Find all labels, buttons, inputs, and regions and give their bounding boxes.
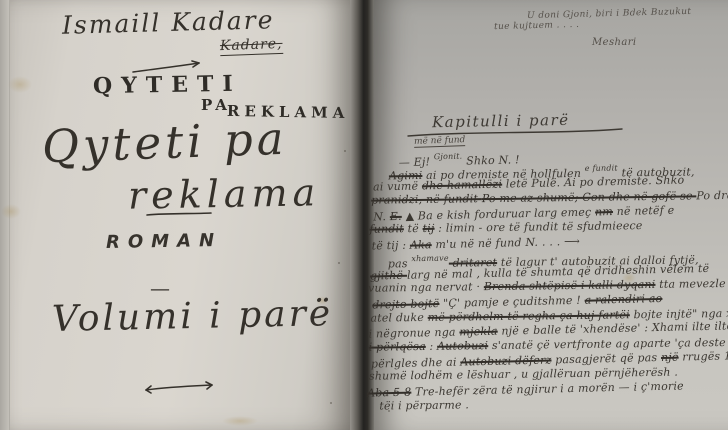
manuscript-text: :	[426, 340, 437, 353]
volume-label: Volumi i parë	[52, 293, 334, 340]
hand-arrow-head-icon	[192, 61, 199, 67]
chapter-heading: Kapitulli i parë	[432, 111, 570, 131]
manuscript-text: ai vumë	[373, 180, 422, 194]
manuscript-text: i nëgronue nga	[368, 326, 459, 341]
genre-label: ROMAN	[106, 230, 222, 253]
struck-text: Autobuzi	[437, 339, 488, 353]
author-signature: Ismaill Kadare	[62, 5, 275, 40]
struck-text: Aba 5-8	[367, 386, 411, 400]
manuscript-text: Gjonit.	[434, 152, 463, 162]
manuscript-text: vuanin nga nervat ·	[368, 280, 484, 295]
manuscript-text: e fundit	[585, 163, 618, 172]
struck-text: nm	[595, 205, 613, 218]
struck-text: një	[661, 350, 679, 363]
manuscript-text: : limin - ore të fundit të sfudmieece	[434, 220, 642, 236]
manuscript-text: "Ç' pamje e çuditshme !	[439, 294, 585, 310]
manuscript-text: të tij :	[372, 239, 411, 253]
manuscript-text: bojte injtë" nga xhan-	[630, 306, 728, 321]
struck-text: Po me az shumë; Con dhe në gofë se	[482, 189, 697, 205]
struck-text: fundit	[369, 223, 404, 236]
left-page: Ismaill Kadare Kadare, QYTETI PA REKLAMA…	[0, 0, 356, 430]
paper-speck	[338, 262, 340, 264]
paper-stain	[1, 204, 21, 219]
struck-text: drejto bojtë	[372, 297, 439, 312]
paper-stain	[8, 76, 32, 93]
manuscript-text: rrugës 16 o	[678, 349, 728, 364]
manuscript-text: pasagjerët që pas	[551, 351, 661, 366]
margin-note: më në fund	[414, 135, 466, 148]
author-name-crossed-out: Kadare,	[220, 36, 283, 56]
bottom-rule-arrowheads-icon	[146, 382, 212, 393]
struck-text: Aka	[410, 238, 432, 251]
title-script-line2: reklama	[128, 170, 321, 217]
manuscript-text: xhamave	[411, 253, 449, 262]
struck-text: tij	[423, 222, 435, 235]
manuscript-text: letë Pulë. Ai po dremiste. Shko	[502, 174, 684, 191]
title-caps-qyteti: QYTETI	[93, 71, 242, 100]
struck-text: E.	[390, 210, 402, 223]
bottom-rule-stroke	[146, 385, 212, 390]
manuscript-text: m'u në në fund N. . . . ⟶	[432, 235, 581, 251]
struck-text: a ralendiri ao	[584, 292, 662, 307]
manuscript-text: në netëf e	[613, 203, 675, 217]
struck-text: pranidzi, në fundit	[371, 192, 482, 206]
manuscript-text: N.	[373, 210, 390, 223]
struck-text: mjekla	[459, 325, 498, 339]
struck-text: Autobuzi dëferz	[460, 353, 551, 368]
manuscript-text: të	[404, 222, 423, 235]
epigraph-attribution: Meshari	[592, 37, 636, 48]
manuscript-lines: — Ej! Gjonit. Shko N. !Agimi ai po dremi…	[377, 145, 728, 413]
manuscript-text: tëi i përparme .	[379, 398, 469, 412]
struck-text: më përdhelm të regha ça huj fartëi	[428, 308, 630, 324]
struck-text: gjithë-	[370, 268, 407, 282]
paper-stain	[222, 416, 258, 426]
struck-text: Brenda shtëpisë i kalli dyqani	[484, 278, 656, 293]
manuscript-text: atel duke	[370, 310, 427, 324]
manuscript-text: Po dremiste prapë	[696, 188, 728, 202]
manuscript-photo: Ismaill Kadare Kadare, QYTETI PA REKLAMA…	[0, 0, 728, 430]
struck-text: dhe hamallëzi	[422, 178, 503, 193]
paper-speck	[330, 402, 332, 404]
manuscript-text: tta mevezle	[655, 277, 725, 291]
title-script-line1: Qyteti pa	[41, 112, 288, 174]
paper-speck	[344, 150, 346, 152]
struck-text: i përlqësa	[369, 340, 426, 354]
